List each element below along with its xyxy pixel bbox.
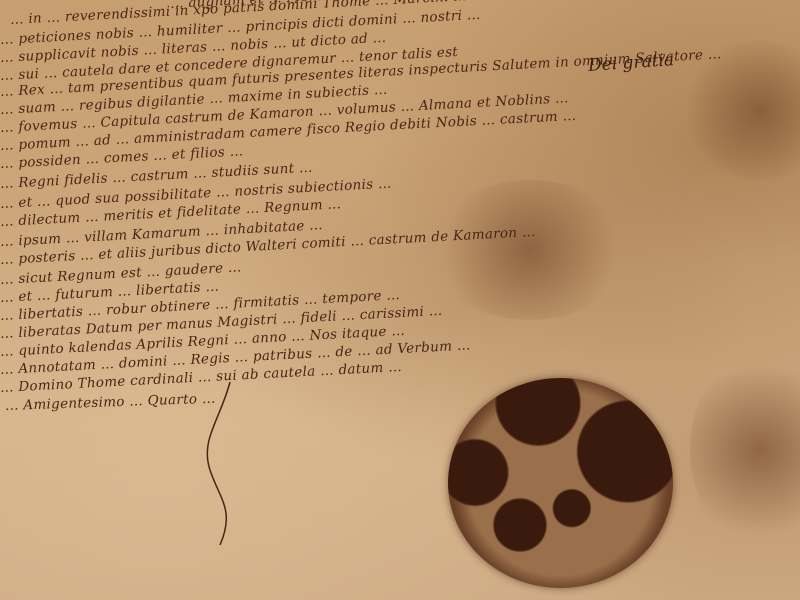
- stain: [430, 180, 630, 320]
- pen-flourish: [190, 380, 250, 550]
- wax-seal: [448, 378, 673, 588]
